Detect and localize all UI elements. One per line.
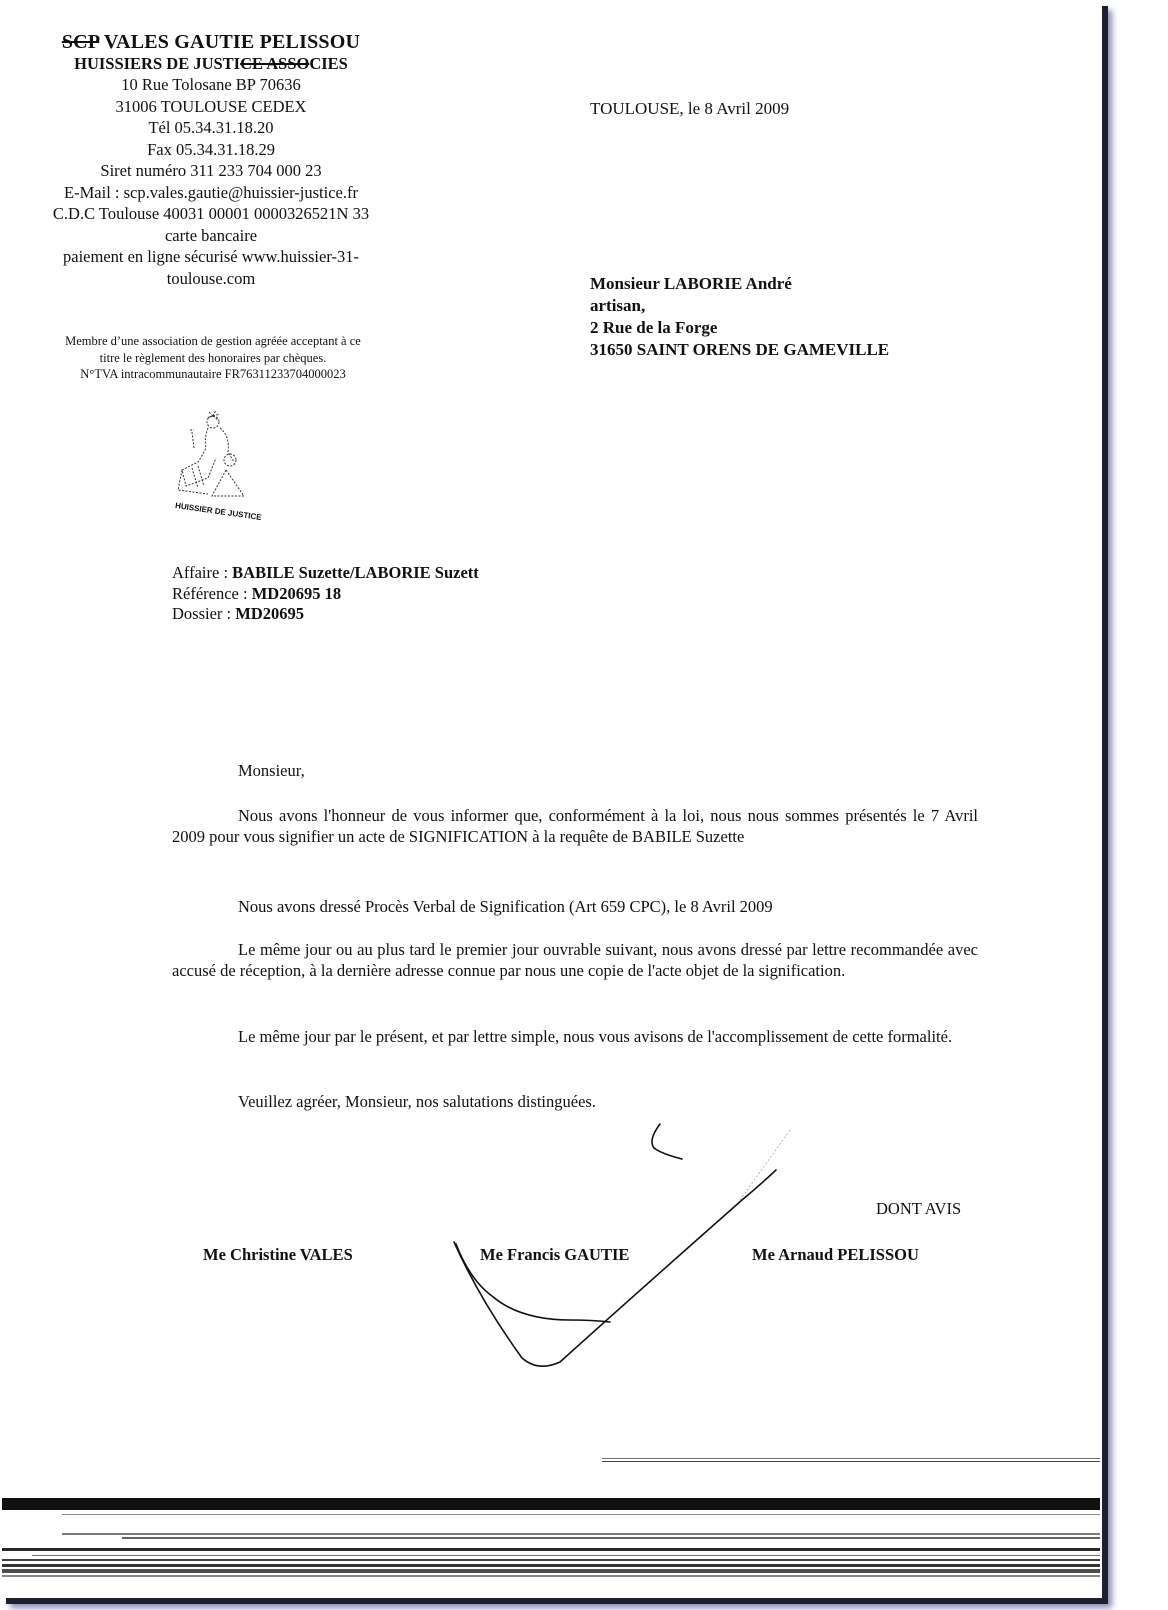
subtitle-end: CIES <box>309 54 348 73</box>
affaire-value: BABILE Suzette/LABORIE Suzett <box>232 563 479 582</box>
reference-value: MD20695 18 <box>252 584 341 603</box>
firm-struck-prefix: SCP <box>62 31 99 53</box>
email: E-Mail : scp.vales.gautie@huissier-justi… <box>20 182 402 204</box>
reference-row: Référence : MD20695 18 <box>172 584 479 605</box>
siret: Siret numéro 311 233 704 000 23 <box>20 160 402 182</box>
fax: Fax 05.34.31.18.29 <box>20 139 402 161</box>
recipient-occupation: artisan, <box>590 295 889 317</box>
subtitle-main: HUISSIERS DE JUSTI <box>74 54 240 73</box>
document-page: SCP VALES GAUTIE PELISSOU HUISSIERS DE J… <box>0 0 1102 1598</box>
address-city: 31006 TOULOUSE CEDEX <box>20 96 402 118</box>
membership-notice: Membre d’une association de gestion agré… <box>24 333 402 383</box>
signatory-gautie: Me Francis GAUTIE <box>480 1245 629 1265</box>
online-payment: paiement en ligne sécurisé www.huissier-… <box>20 246 402 268</box>
signatory-vales: Me Christine VALES <box>203 1245 353 1265</box>
firm-name: SCP VALES GAUTIE PELISSOU <box>20 30 402 54</box>
address-line: 10 Rue Tolosane BP 70636 <box>20 74 402 96</box>
svg-text:HUISSIER DE JUSTICE: HUISSIER DE JUSTICE <box>175 501 263 522</box>
online-payment-url: toulouse.com <box>20 268 402 290</box>
reference-label: Référence : <box>172 584 252 603</box>
phone: Tél 05.34.31.18.20 <box>20 117 402 139</box>
salutation: Monsieur, <box>238 761 305 781</box>
recipient-address: Monsieur LABORIE André artisan, 2 Rue de… <box>590 273 889 361</box>
dossier-value: MD20695 <box>235 604 304 623</box>
paragraph-recommandee: Le même jour ou au plus tard le premier … <box>172 939 978 981</box>
membership-line: Membre d’une association de gestion agré… <box>24 333 402 350</box>
case-references: Affaire : BABILE Suzette/LABORIE Suzett … <box>172 563 479 625</box>
firm-subtitle: HUISSIERS DE JUSTICE ASSOCIES <box>20 54 402 74</box>
recipient-city: 31650 SAINT ORENS DE GAMEVILLE <box>590 339 889 361</box>
bank-account: C.D.C Toulouse 40031 00001 0000326521N 3… <box>20 203 402 225</box>
membership-line: titre le règlement des honoraires par ch… <box>24 350 402 367</box>
letter-date: TOULOUSE, le 8 Avril 2009 <box>590 99 789 119</box>
scan-artifact-bars <box>2 1480 1100 1590</box>
paragraph-proces-verbal: Nous avons dressé Procès Verbal de Signi… <box>172 896 978 917</box>
card-payment: carte bancaire <box>20 225 402 247</box>
firm-name-text: VALES GAUTIE PELISSOU <box>104 31 360 53</box>
paragraph-lettre-simple: Le même jour par le présent, et par lett… <box>172 1026 978 1047</box>
subtitle-struck: CE ASSO <box>240 54 309 73</box>
marianne-justice-emblem-icon: HUISSIER DE JUSTICE <box>168 408 268 528</box>
recipient-name: Monsieur LABORIE André <box>590 273 889 295</box>
dossier-row: Dossier : MD20695 <box>172 604 479 625</box>
affaire-row: Affaire : BABILE Suzette/LABORIE Suzett <box>172 563 479 584</box>
signatory-pelissou: Me Arnaud PELISSOU <box>752 1245 919 1265</box>
letterhead: SCP VALES GAUTIE PELISSOU HUISSIERS DE J… <box>20 30 402 289</box>
dont-avis: DONT AVIS <box>876 1199 961 1219</box>
dossier-label: Dossier : <box>172 604 235 623</box>
recipient-street: 2 Rue de la Forge <box>590 317 889 339</box>
paragraph-notification: Nous avons l'honneur de vous informer qu… <box>172 805 978 847</box>
closing-formula: Veuillez agréer, Monsieur, nos salutatio… <box>172 1091 978 1112</box>
affaire-label: Affaire : <box>172 563 232 582</box>
vat-number: N°TVA intracommunautaire FR7631123370400… <box>24 366 402 383</box>
